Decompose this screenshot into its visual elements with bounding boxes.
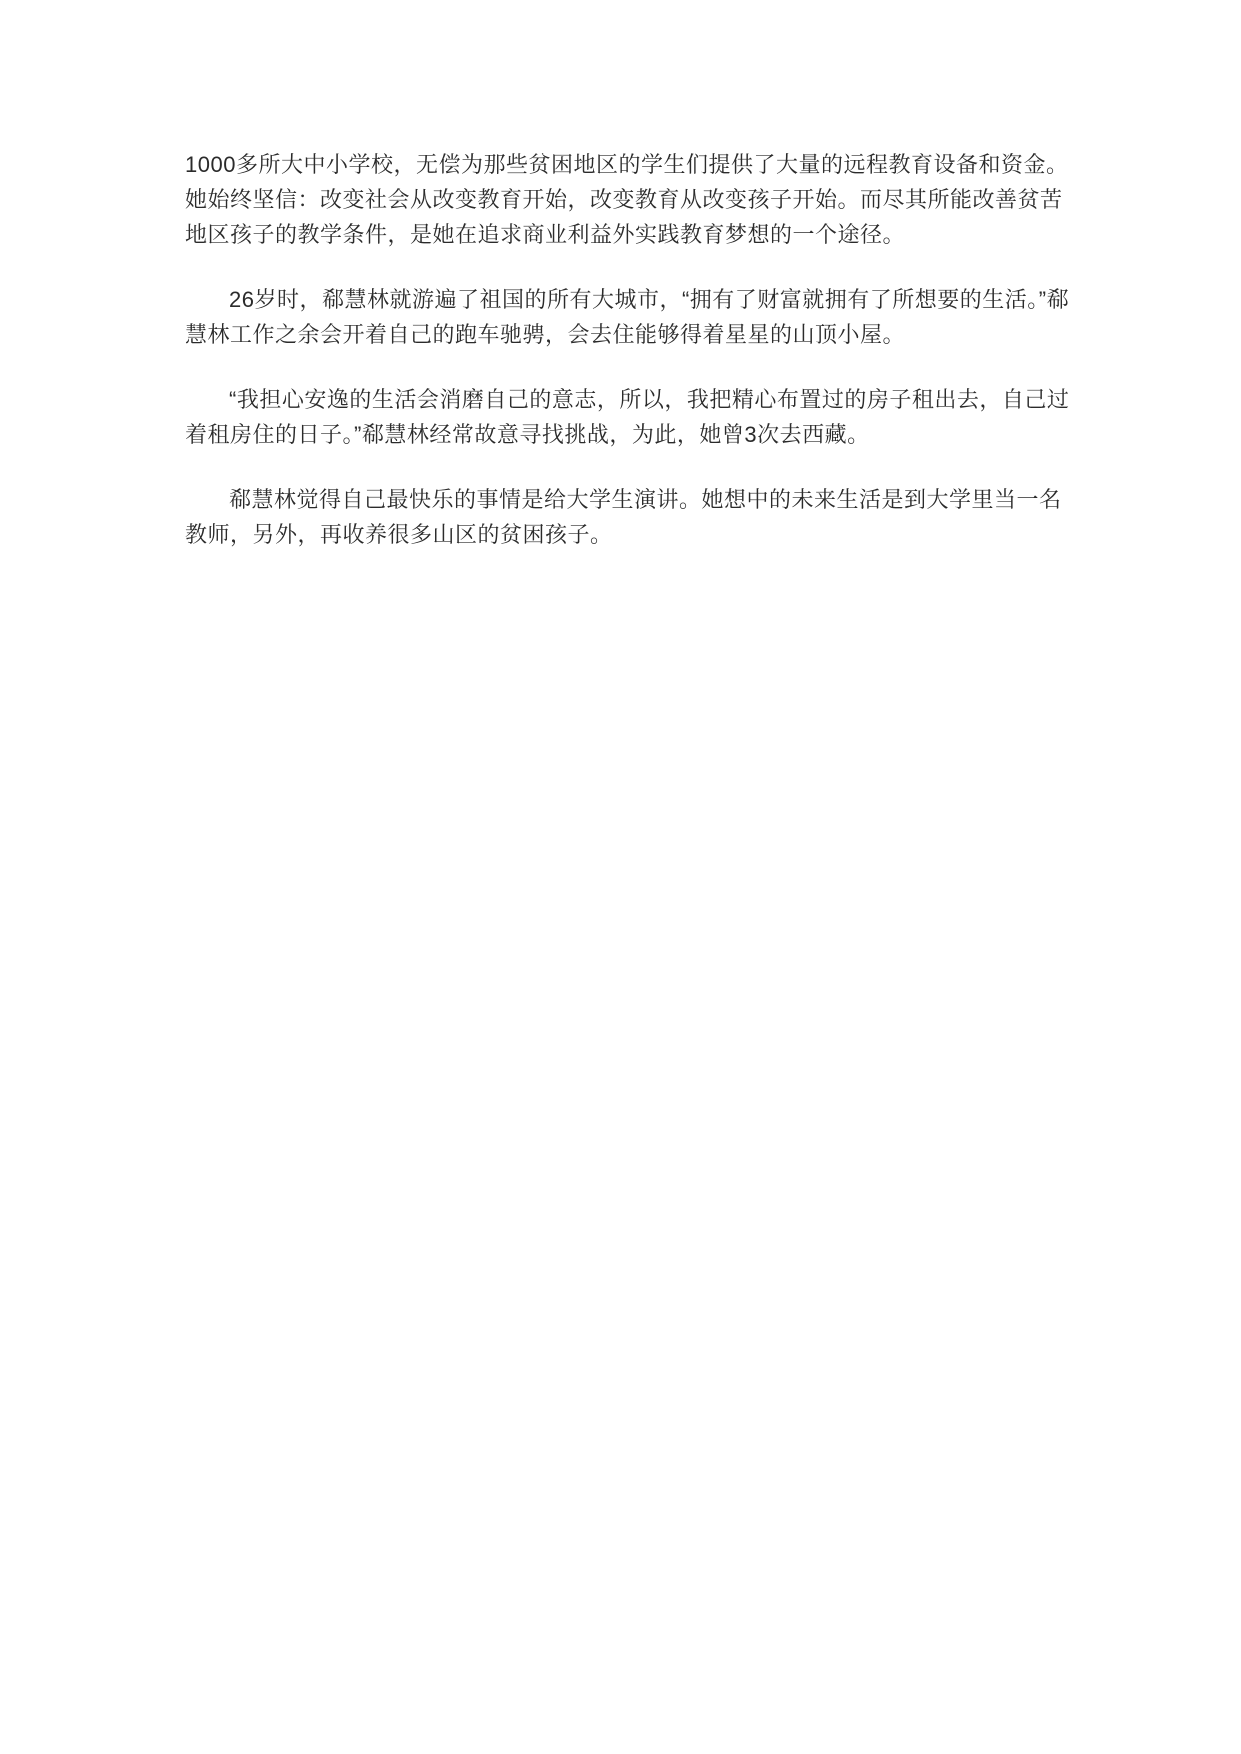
paragraph-3: “我担心安逸的生活会消磨自己的意志，所以，我把精心布置过的房子租出去，自己过着租… [185, 382, 1073, 452]
paragraph-1: 1000多所大中小学校，无偿为那些贫困地区的学生们提供了大量的远程教育设备和资金… [185, 147, 1073, 252]
paragraph-2: 26岁时，郗慧林就游遍了祖国的所有大城市，“拥有了财富就拥有了所想要的生活。”郗… [185, 282, 1073, 352]
paragraph-4: 郗慧林觉得自己最快乐的事情是给大学生演讲。她想中的未来生活是到大学里当一名教师，… [185, 482, 1073, 552]
document-page: 1000多所大中小学校，无偿为那些贫困地区的学生们提供了大量的远程教育设备和资金… [0, 0, 1241, 1754]
text-block: 1000多所大中小学校，无偿为那些贫困地区的学生们提供了大量的远程教育设备和资金… [185, 147, 1073, 582]
